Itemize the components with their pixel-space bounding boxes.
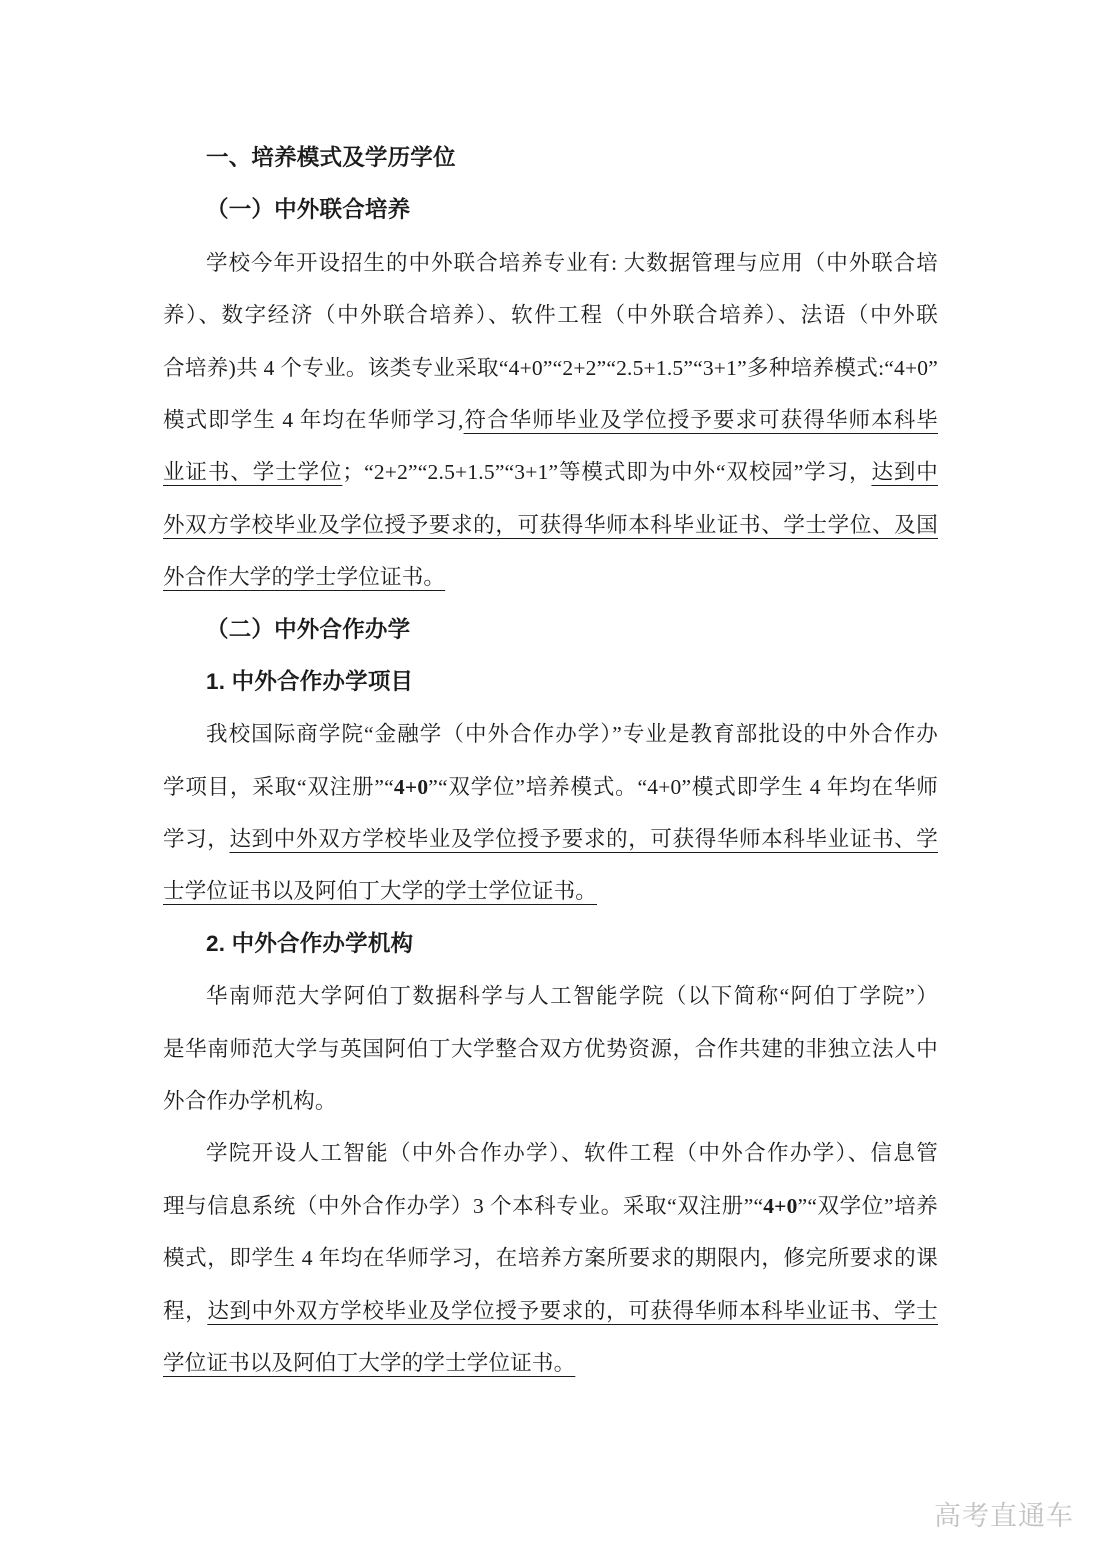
heading-sub-joint-training: （一）中外联合培养 <box>163 184 938 236</box>
text-run: 理与信息系统（中外合作办学）3 个本科专业。采取“双注册”“ <box>163 1194 763 1218</box>
text-run: ；“2+2”“2.5+1.5”“3+1”等模式即为中外“双校园”学习， <box>342 460 871 484</box>
document-body: 一、培养模式及学历学位 （一）中外联合培养 学校今年开设招生的中外联合培养专业有… <box>163 132 938 1389</box>
heading-text: 1. 中外合作办学项目 <box>206 669 413 694</box>
para-coop-majors-line-3: 模式，即学生 4 年均在华师学习，在培养方案所要求的期限内，修完所要求的课 <box>163 1232 938 1284</box>
para-joint-training-line-7: 外合作大学的学士学位证书。 <box>163 551 938 603</box>
heading-section-1: 一、培养模式及学历学位 <box>163 132 938 184</box>
para-coop-program-line-2: 学项目，采取“双注册”“4+0”“双学位”培养模式。“4+0”模式即学生 4 年… <box>163 761 938 813</box>
para-coop-majors-line-5: 学位证书以及阿伯丁大学的学士学位证书。 <box>163 1337 938 1389</box>
underlined-text-run: 达到中外双方学校毕业及学位授予要求的，可获得华师本科毕业证书、学 <box>229 827 938 851</box>
para-joint-training-line-5: 业证书、学士学位；“2+2”“2.5+1.5”“3+1”等模式即为中外“双校园”… <box>163 446 938 498</box>
heading-text: 一、培养模式及学历学位 <box>206 145 456 170</box>
heading-item-coop-program: 1. 中外合作办学项目 <box>163 656 938 708</box>
para-coop-majors-line-2: 理与信息系统（中外合作办学）3 个本科专业。采取“双注册”“4+0”“双学位”培… <box>163 1180 938 1232</box>
text-run: 学习， <box>163 827 229 851</box>
underlined-text-run: 符合华师毕业及学位授予要求可获得华师本科毕 <box>464 408 938 432</box>
para-joint-training-line-2: 养）、数字经济（中外联合培养）、软件工程（中外联合培养）、法语（中外联 <box>163 289 938 341</box>
text-run: 华南师范大学阿伯丁数据科学与人工智能学院（以下简称“阿伯丁学院”） <box>206 984 938 1008</box>
text-run: 学项目，采取“双注册”“ <box>163 775 394 799</box>
heading-text: 2. 中外合作办学机构 <box>206 931 413 956</box>
watermark-gaokao-zhitongche: 高考直通车 <box>934 1494 1074 1533</box>
para-coop-institution-line-2: 是华南师范大学与英国阿伯丁大学整合双方优势资源，合作共建的非独立法人中 <box>163 1023 938 1075</box>
heading-sub-cooperative-education: （二）中外合作办学 <box>163 604 938 656</box>
underlined-text-run: 外双方学校毕业及学位授予要求的，可获得华师本科毕业证书、学士学位、及国 <box>163 513 938 537</box>
underlined-text-run: 学位证书以及阿伯丁大学的学士学位证书。 <box>163 1351 575 1375</box>
text-run: ”“双学位”培养模式。“4+0”模式即学生 4 年均在华师 <box>428 775 938 799</box>
text-run: 合培养)共 4 个专业。该类专业采取“4+0”“2+2”“2.5+1.5”“3+… <box>163 356 938 380</box>
heading-text: （一）中外联合培养 <box>206 197 410 222</box>
para-joint-training-line-3: 合培养)共 4 个专业。该类专业采取“4+0”“2+2”“2.5+1.5”“3+… <box>163 342 938 394</box>
text-run: 模式，即学生 4 年均在华师学习，在培养方案所要求的期限内，修完所要求的课 <box>163 1246 938 1270</box>
underlined-text-run: 业证书、学士学位 <box>163 460 342 484</box>
bold-text-run: 4+0 <box>763 1194 797 1218</box>
underlined-text-run: 达到中 <box>871 460 938 484</box>
text-run: 是华南师范大学与英国阿伯丁大学整合双方优势资源，合作共建的非独立法人中 <box>163 1037 938 1061</box>
text-run: 我校国际商学院“金融学（中外合作办学）”专业是教育部批设的中外合作办 <box>206 722 938 746</box>
underlined-text-run: 达到中外双方学校毕业及学位授予要求的，可获得华师本科毕业证书、学士 <box>207 1299 938 1323</box>
heading-text: （二）中外合作办学 <box>206 617 410 642</box>
para-joint-training-line-1: 学校今年开设招生的中外联合培养专业有: 大数据管理与应用（中外联合培 <box>163 237 938 289</box>
para-coop-majors-line-1: 学院开设人工智能（中外合作办学）、软件工程（中外合作办学）、信息管 <box>163 1127 938 1179</box>
para-coop-program-line-1: 我校国际商学院“金融学（中外合作办学）”专业是教育部批设的中外合作办 <box>163 708 938 760</box>
heading-item-coop-institution: 2. 中外合作办学机构 <box>163 918 938 970</box>
para-coop-program-line-4: 士学位证书以及阿伯丁大学的学士学位证书。 <box>163 865 938 917</box>
underlined-text-run: 士学位证书以及阿伯丁大学的学士学位证书。 <box>163 879 597 903</box>
bold-text-run: 4+0 <box>394 775 428 799</box>
text-run: 学院开设人工智能（中外合作办学）、软件工程（中外合作办学）、信息管 <box>206 1141 938 1165</box>
para-joint-training-line-4: 模式即学生 4 年均在华师学习,符合华师毕业及学位授予要求可获得华师本科毕 <box>163 394 938 446</box>
text-run: 养）、数字经济（中外联合培养）、软件工程（中外联合培养）、法语（中外联 <box>163 303 938 327</box>
text-run: 模式即学生 4 年均在华师学习, <box>163 408 464 432</box>
text-run: 程， <box>163 1299 207 1323</box>
text-run: 学校今年开设招生的中外联合培养专业有: 大数据管理与应用（中外联合培 <box>206 251 938 275</box>
document-page: { "watermark": "高考直通车", "doc": { "lines"… <box>0 0 1102 1559</box>
para-coop-program-line-3: 学习，达到中外双方学校毕业及学位授予要求的，可获得华师本科毕业证书、学 <box>163 813 938 865</box>
para-joint-training-line-6: 外双方学校毕业及学位授予要求的，可获得华师本科毕业证书、学士学位、及国 <box>163 499 938 551</box>
underlined-text-run: 外合作大学的学士学位证书。 <box>163 565 445 589</box>
text-run: ”“双学位”培养 <box>798 1194 938 1218</box>
para-coop-majors-line-4: 程，达到中外双方学校毕业及学位授予要求的，可获得华师本科毕业证书、学士 <box>163 1285 938 1337</box>
text-run: 外合作办学机构。 <box>163 1089 337 1113</box>
para-coop-institution-line-1: 华南师范大学阿伯丁数据科学与人工智能学院（以下简称“阿伯丁学院”） <box>163 970 938 1022</box>
para-coop-institution-line-3: 外合作办学机构。 <box>163 1075 938 1127</box>
